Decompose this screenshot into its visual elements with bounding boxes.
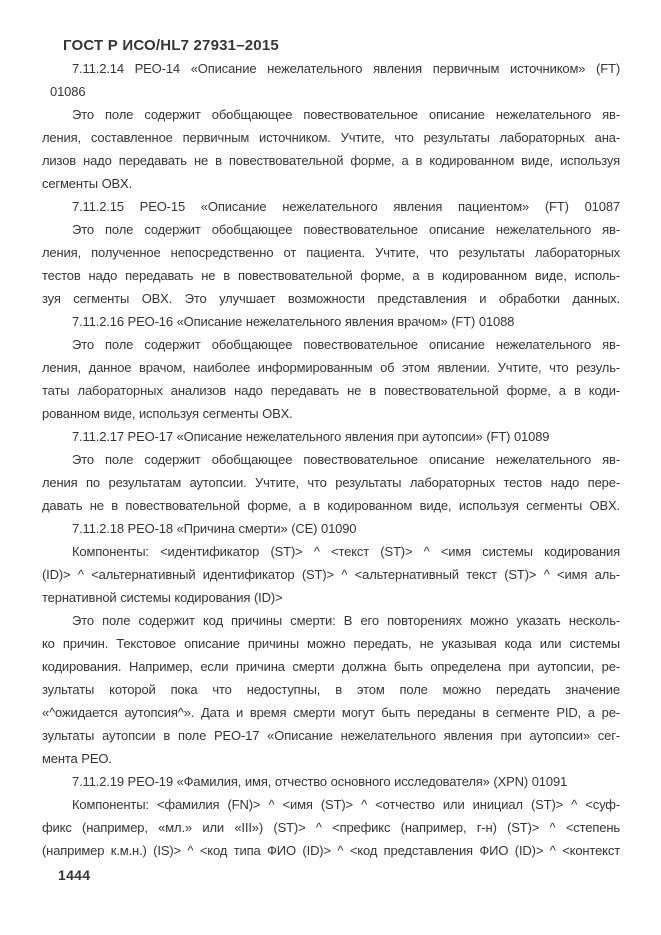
body-text-line: Компоненты: <идентификатор (ST)> ^ <текс… [42, 540, 620, 563]
body-text-line: «^ожидается аутопсия^». Дата и время сме… [42, 701, 620, 724]
body-text-line: Это поле содержит обобщающее повествоват… [42, 103, 620, 126]
section-heading-line: 7.11.2.15 PEO-15 «Описание нежелательног… [42, 195, 620, 218]
body-text-line: Компоненты: <фамилия (FN)> ^ <имя (ST)> … [42, 793, 620, 816]
body-text-line: ления, полученное непосредственно от пац… [42, 241, 620, 264]
document-page: ГОСТ Р ИСО/HL7 27931–2015 7.11.2.14 PEO-… [0, 0, 661, 935]
body-text-line: лизов надо передавать не в повествовател… [42, 149, 620, 172]
body-text-line: ления, составленное первичным источником… [42, 126, 620, 149]
body-text-line: фикс (например, «мл.» или «III») (ST)> ^… [42, 816, 620, 839]
body-text-line: (например к.м.н.) (IS)> ^ <код типа ФИО … [42, 839, 620, 862]
body-text-line: зуя сегменты OBX. Это улучшает возможнос… [42, 287, 620, 310]
section-heading-line: 01086 [42, 80, 620, 103]
body-text-line: кодирования. Например, если причина смер… [42, 655, 620, 678]
body-text-line: тестов надо передавать не в повествовате… [42, 264, 620, 287]
body-text-line: мента PEO. [42, 747, 620, 770]
body-text-line: тернативной системы кодирования (ID)> [42, 586, 620, 609]
body-text-line: Это поле содержит обобщающее повествоват… [42, 448, 620, 471]
body-text-line: Это поле содержит код причины смерти: В … [42, 609, 620, 632]
body-text-line: (ID)> ^ <альтернативный идентификатор (S… [42, 563, 620, 586]
body-text-line: давать не в повествовательной форме, а в… [42, 494, 620, 517]
body-text-line: Это поле содержит обобщающее повествоват… [42, 333, 620, 356]
body-text-line: рованном виде, используя сегменты OBX. [42, 402, 620, 425]
document-header: ГОСТ Р ИСО/HL7 27931–2015 [63, 37, 279, 54]
body-text-line: зультаты которой пока что недоступны, в … [42, 678, 620, 701]
section-heading-line: 7.11.2.16 PEO-16 «Описание нежелательног… [42, 310, 620, 333]
body-text-line: ления, данное врачом, наиболее информиро… [42, 356, 620, 379]
section-heading-line: 7.11.2.17 PEO-17 «Описание нежелательног… [42, 425, 620, 448]
document-body: 7.11.2.14 PEO-14 «Описание нежелательног… [42, 57, 620, 862]
body-text-line: таты лабораторных анализов надо передава… [42, 379, 620, 402]
section-heading-line: 7.11.2.18 PEO-18 «Причина смерти» (CE) 0… [42, 517, 620, 540]
section-heading-line: 7.11.2.19 PEO-19 «Фамилия, имя, отчество… [42, 770, 620, 793]
body-text-line: ления по результатам аутопсии. Учтите, ч… [42, 471, 620, 494]
body-text-line: зультаты аутопсии в поле PEO-17 «Описани… [42, 724, 620, 747]
body-text-line: Это поле содержит обобщающее повествоват… [42, 218, 620, 241]
body-text-line: сегменты OBX. [42, 172, 620, 195]
body-text-line: ко причин. Текстовое описание причины мо… [42, 632, 620, 655]
page-number: 1444 [58, 867, 90, 883]
section-heading-line: 7.11.2.14 PEO-14 «Описание нежелательног… [42, 57, 620, 80]
